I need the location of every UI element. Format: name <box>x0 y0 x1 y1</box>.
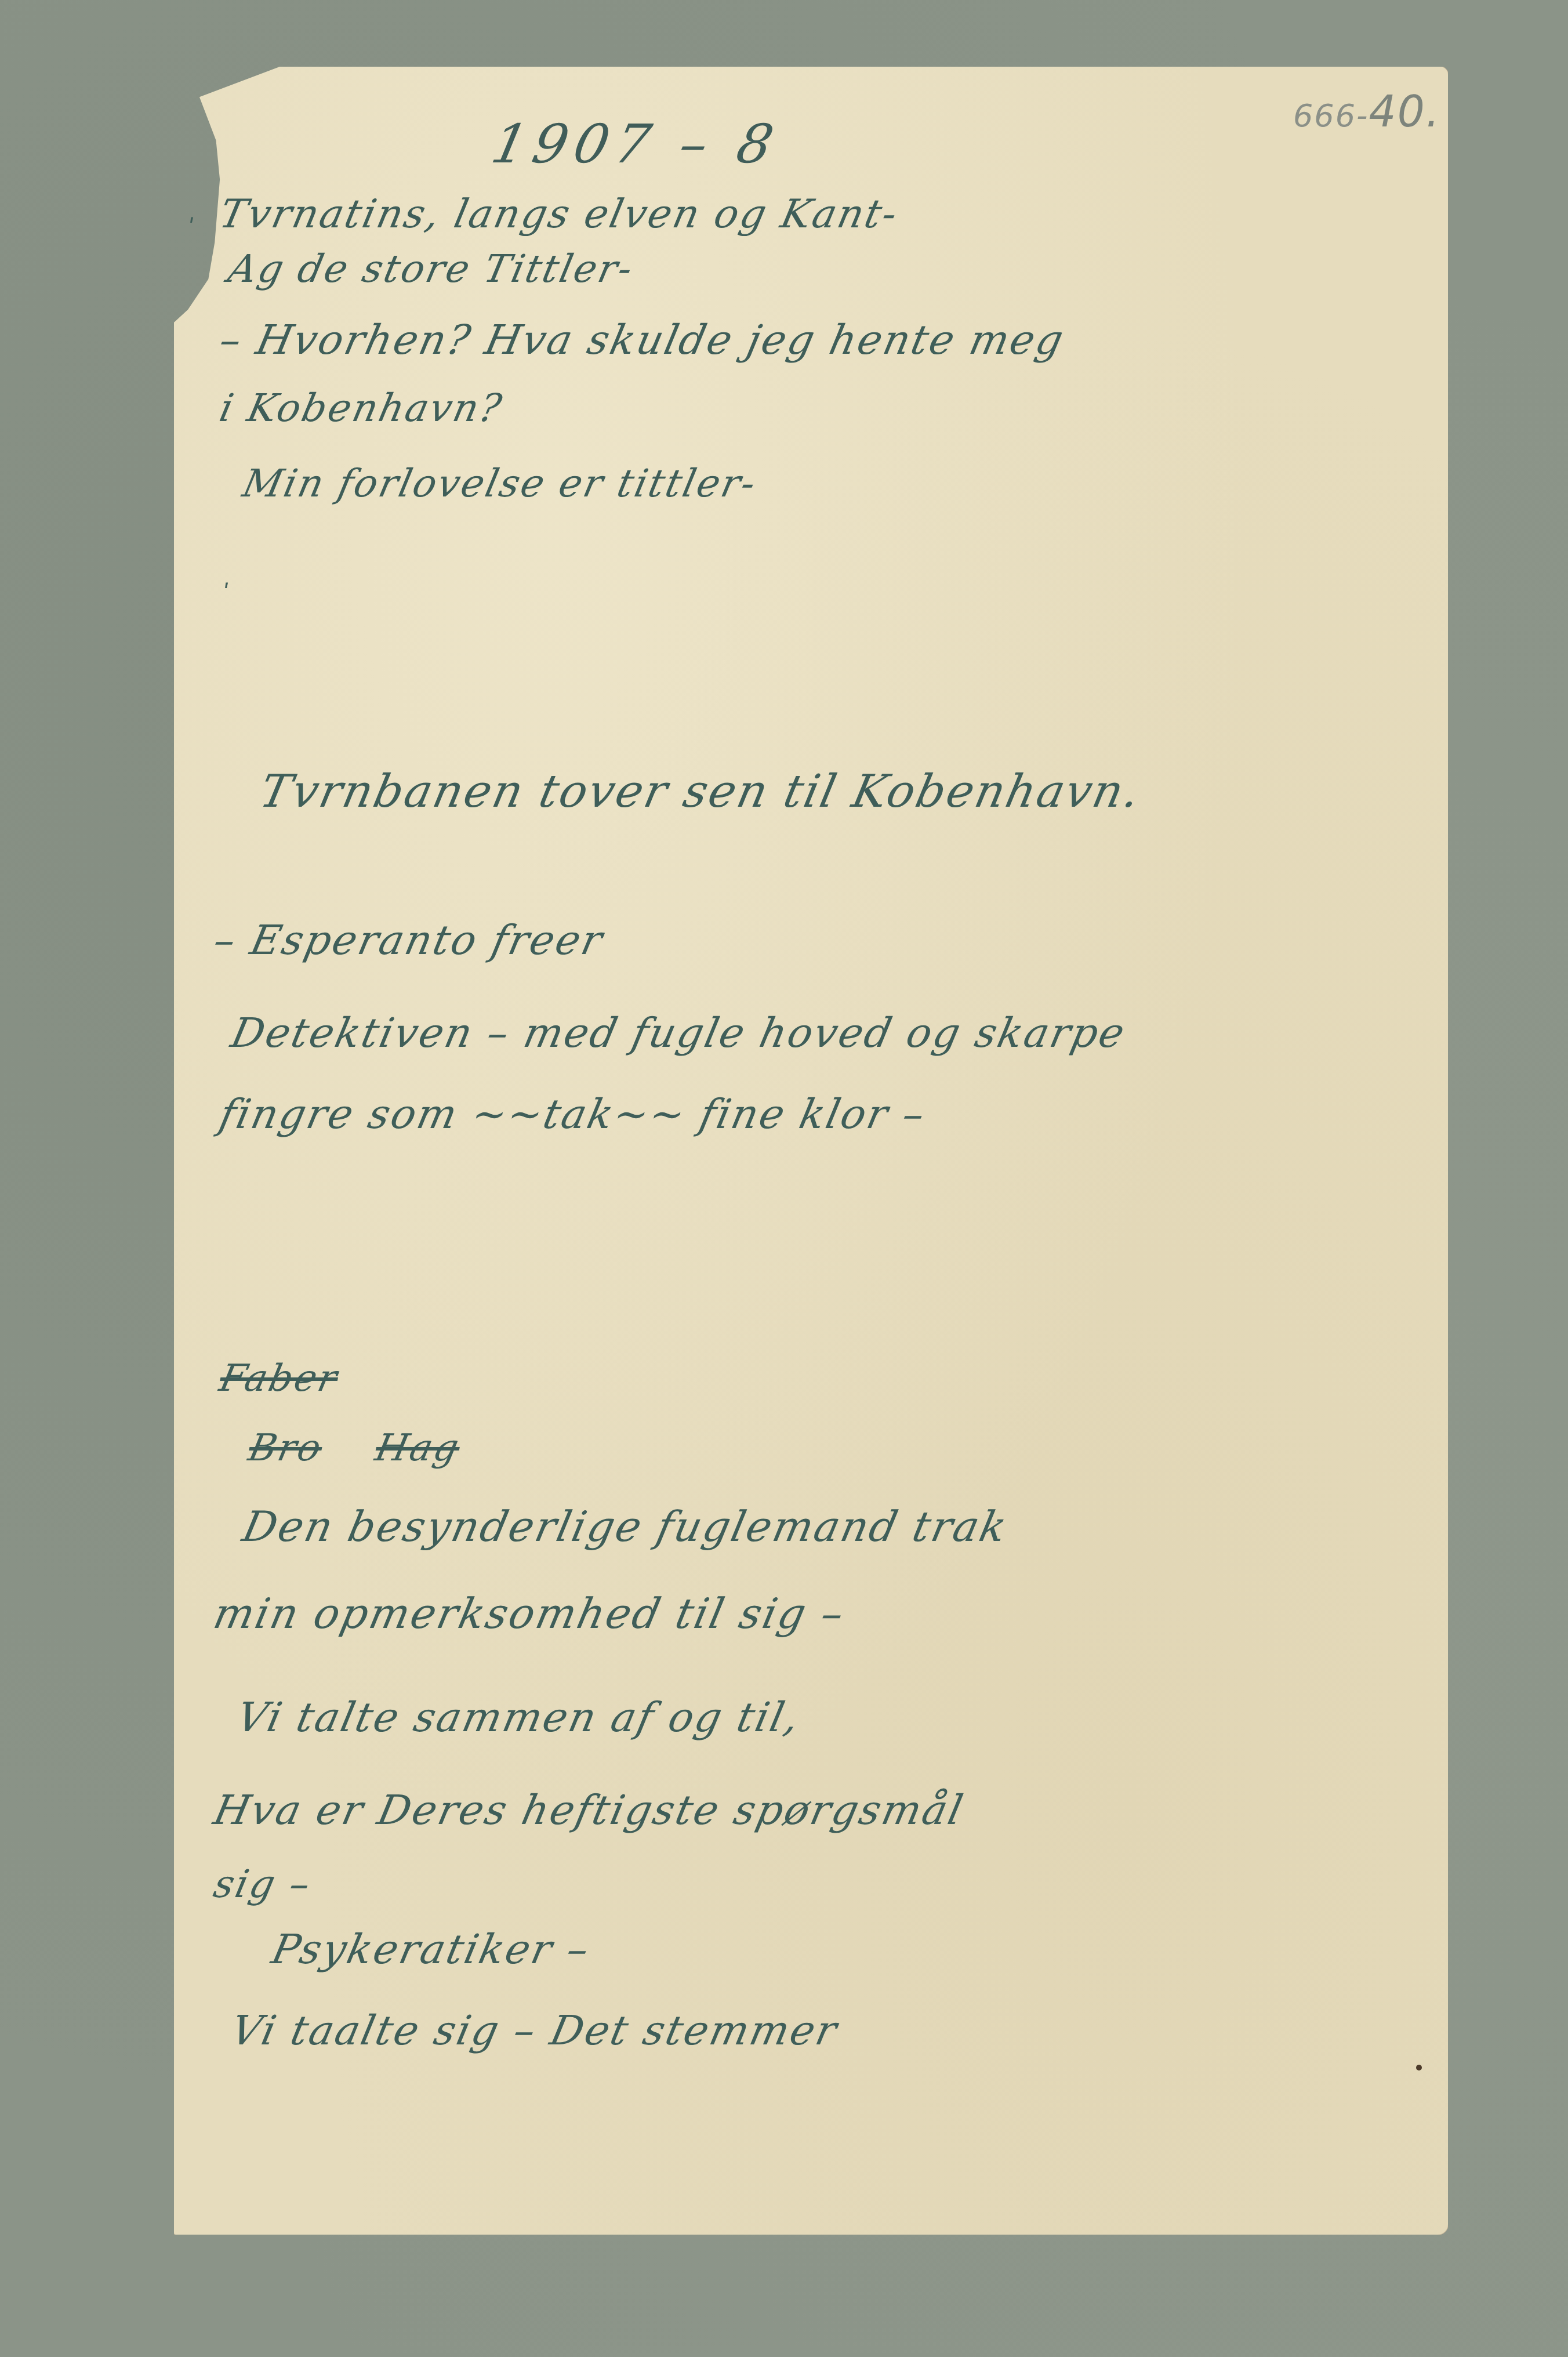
archive-number-value: 40. <box>1369 87 1441 137</box>
manuscript-line: Hva er Deres heftigste spørgsmål <box>209 1786 968 1834</box>
manuscript-line: min opmerksomhed til sig – <box>209 1589 850 1638</box>
manuscript-line: Den besynderlige fuglemand trak <box>238 1502 1012 1551</box>
struck-line: Faber <box>216 1357 342 1400</box>
margin-tick: ʹ <box>188 215 195 241</box>
paper-speck <box>1416 2065 1422 2070</box>
manuscript-line: Vi taalte sig – Det stemmer <box>227 2007 843 2054</box>
struck-line: Bro Hag <box>245 1427 464 1470</box>
manuscript-line: – Hvorhen? Hva skulde jeg hente meg <box>215 316 1069 364</box>
struck-word: Bro <box>245 1427 326 1470</box>
manuscript-line: i Kobenhavn? <box>216 386 507 430</box>
manuscript-line: Tvrnatins, langs elven og Kant- <box>216 191 903 237</box>
manuscript-line: fingre som ~~tak~~ fine klor – <box>215 1090 930 1138</box>
date-heading: 1907 – 8 <box>487 113 786 175</box>
archive-number: 666-40. <box>1293 87 1440 137</box>
manuscript-line: – Esperanto freer <box>209 916 608 964</box>
archive-number-prefix: 666- <box>1293 97 1369 134</box>
manuscript-line: Vi talte sammen af og til, <box>233 1694 805 1741</box>
manuscript-line: Ag de store Tittler- <box>224 246 638 291</box>
manuscript-line: sig – <box>210 1862 316 1906</box>
manuscript-line: Psykeratiker – <box>267 1926 594 1973</box>
struck-word: Hag <box>372 1427 464 1470</box>
margin-tick: ʹ <box>223 580 230 607</box>
manuscript-line: Detektiven – med fugle hoved og skarpe <box>227 1009 1130 1057</box>
manuscript-line: Min forlovelse er tittler- <box>239 461 761 506</box>
manuscript-line: Tvrnbanen tover sen til Kobenhavn. <box>255 766 1146 818</box>
